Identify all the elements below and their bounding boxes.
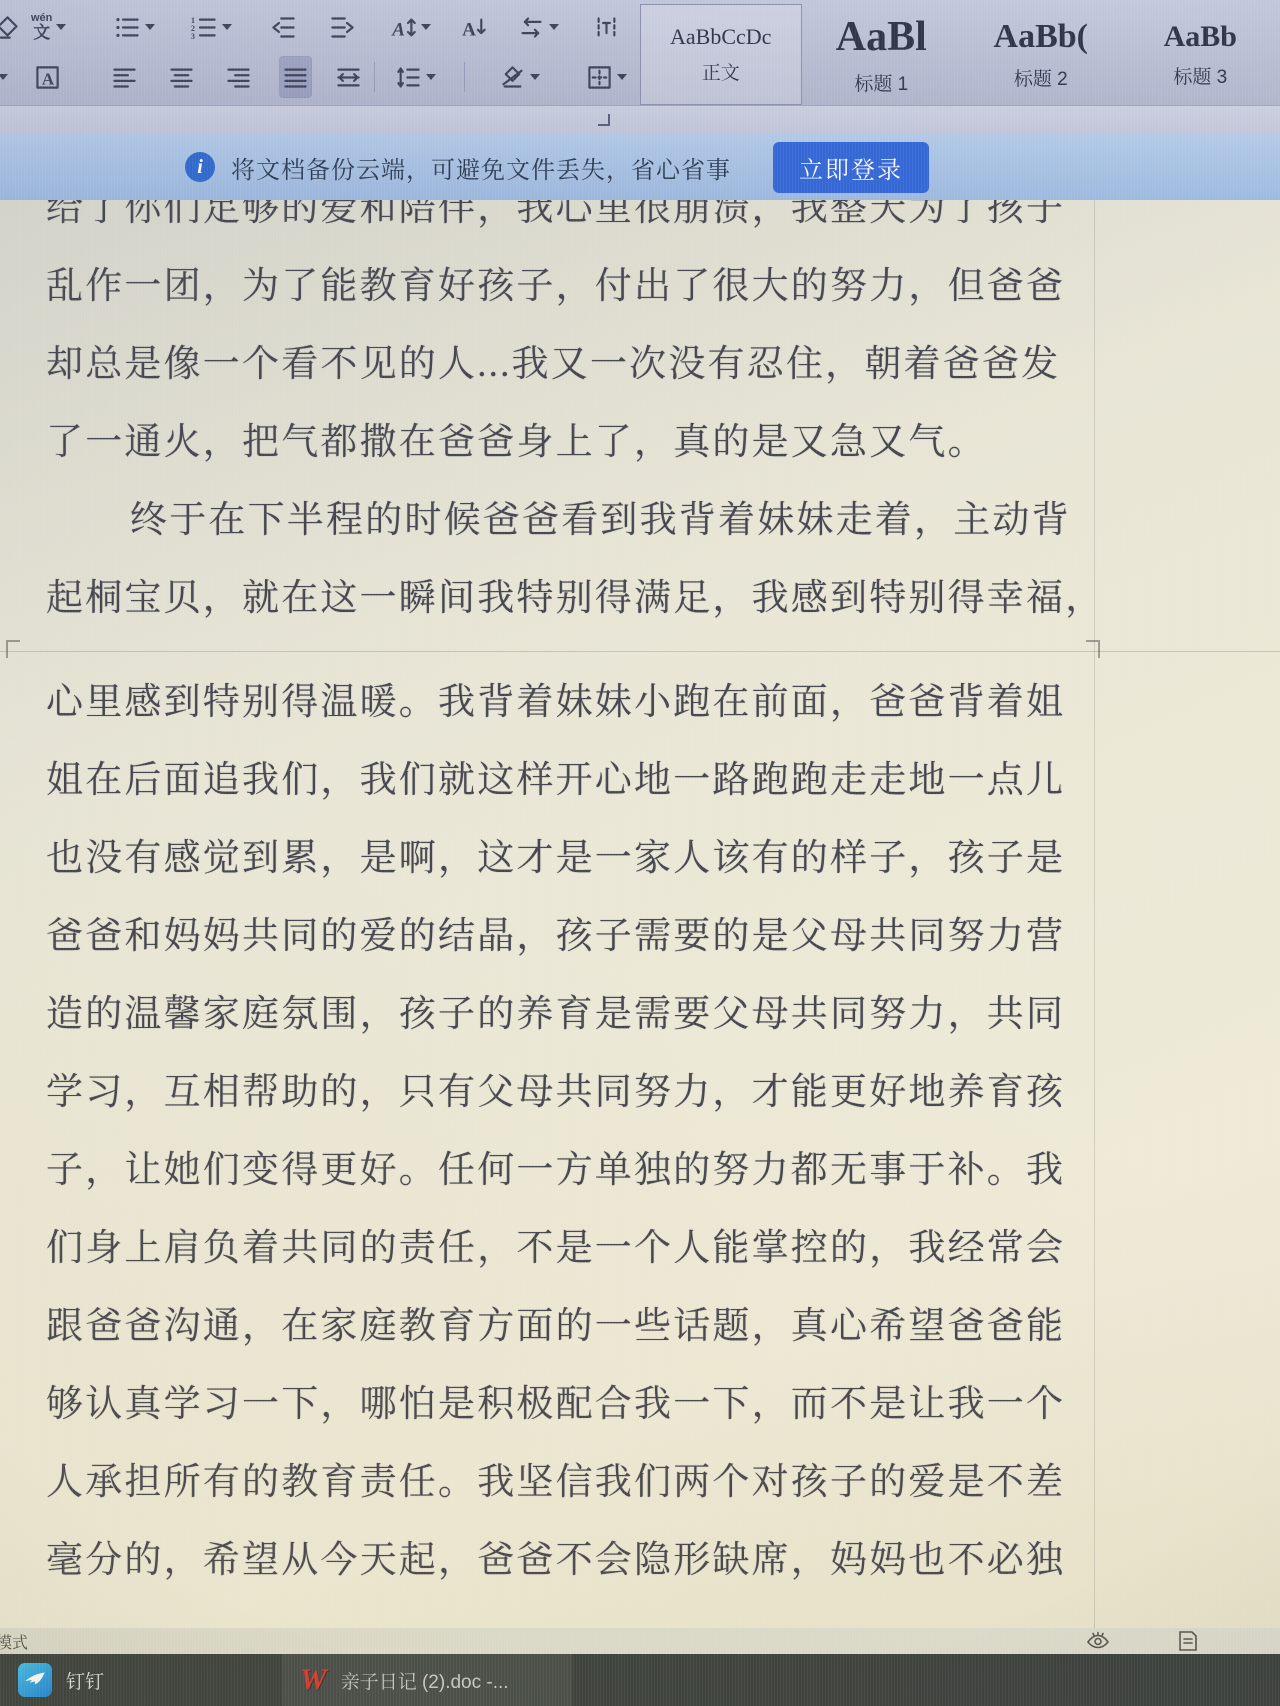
chevron-down-icon: [222, 24, 232, 30]
toolbar-divider: [374, 62, 375, 92]
justify-button[interactable]: [280, 57, 311, 97]
margin-tick: [598, 114, 610, 126]
style-label: 正文: [702, 58, 740, 85]
ribbon-toolbar: wén文 123: [0, 0, 1280, 106]
increase-indent-button[interactable]: [327, 7, 358, 47]
bullet-list-icon: [114, 14, 141, 41]
style-heading-2[interactable]: AaBb( 标题 2: [961, 4, 1121, 105]
chevron-down-icon: [426, 74, 436, 80]
page-corner-mark-left: [6, 640, 20, 658]
increase-indent-icon: [329, 14, 356, 41]
style-preview: AaBbCcDc: [670, 24, 771, 50]
doc-line: 子，让她们变得更好。任何一方单独的努力都无事于补。我: [46, 1132, 1086, 1210]
doc-line: 学习，互相帮助的，只有父母共同努力，才能更好地养育孩: [46, 1054, 1086, 1132]
bullet-list-button[interactable]: [112, 7, 159, 47]
paragraph-group: wén文 123: [0, 0, 640, 105]
align-center-button[interactable]: [166, 57, 197, 97]
style-label: 标题 1: [854, 69, 908, 96]
justify-icon: [282, 64, 309, 91]
phonetic-guide-button[interactable]: wén文: [29, 7, 70, 47]
numbered-list-icon: 123: [191, 14, 218, 41]
banner-message: 将文档备份云端，可避免文件丢失，省心省事: [231, 150, 731, 185]
decrease-indent-button[interactable]: [268, 7, 299, 47]
doc-line: 了一通火，把气都撒在爸爸身上了，真的是又急又气。: [46, 404, 1086, 482]
page-view-icon[interactable]: [1176, 1629, 1200, 1653]
align-right-button[interactable]: [223, 57, 254, 97]
borders-icon: [586, 64, 613, 91]
show-marks-icon: [593, 14, 620, 41]
shading-icon: [499, 64, 526, 91]
doc-line: 也没有感觉到累，是啊，这才是一家人该有的样子，孩子是: [46, 820, 1086, 898]
phonetic-guide-icon: wén文: [31, 13, 52, 41]
numbered-list-button[interactable]: 123: [189, 7, 236, 47]
text-effect-icon: A: [390, 14, 417, 41]
style-preview: AaBl: [836, 13, 927, 61]
style-heading-3[interactable]: AaBb 标题 3: [1121, 4, 1280, 105]
character-border-icon: A: [34, 64, 61, 91]
login-now-button[interactable]: 立即登录: [773, 142, 929, 193]
chevron-down-icon: [530, 74, 540, 80]
doc-line: 姐在后面追我们，我们就这样开心地一路跑跑走走地一点儿: [46, 742, 1086, 820]
line-spacing-button[interactable]: [393, 57, 440, 97]
doc-line: 跟爸爸沟通，在家庭教育方面的一些话题，真心希望爸爸能: [46, 1288, 1086, 1366]
clear-format-icon[interactable]: [0, 7, 23, 47]
cloud-backup-banner: i 将文档备份云端，可避免文件丢失，省心省事 立即登录: [0, 134, 1280, 200]
chevron-down-icon: [549, 24, 559, 30]
info-icon: i: [185, 152, 215, 182]
line-spacing-icon: [395, 64, 422, 91]
align-right-icon: [225, 64, 252, 91]
style-label: 标题 3: [1173, 62, 1227, 89]
svg-text:A: A: [463, 19, 477, 40]
chevron-down-icon: [0, 74, 8, 80]
style-gallery: AaBbCcDc 正文 AaBl 标题 1 AaBb( 标题 2 AaBb 标题…: [640, 0, 1280, 105]
chevron-down-icon: [145, 24, 155, 30]
doc-line: 够认真学习一下，哪怕是积极配合我一下，而不是让我一个: [46, 1366, 1086, 1444]
ribbon-bottom-strip: [0, 106, 1280, 134]
taskbar-item-label: 亲子日记 (2).doc -...: [341, 1667, 509, 1694]
page-break: [46, 638, 1280, 664]
decrease-indent-icon: [270, 14, 297, 41]
show-marks-button[interactable]: [591, 7, 622, 47]
svg-text:A: A: [392, 19, 406, 40]
svg-text:A: A: [42, 69, 55, 88]
distributed-icon: [335, 64, 362, 91]
taskbar: 钉钉 W 亲子日记 (2).doc -...: [0, 1654, 1280, 1706]
align-left-button[interactable]: [109, 57, 140, 97]
chevron-down-icon: [617, 74, 627, 80]
doc-line: 爸爸和妈妈共同的爱的结晶，孩子需要的是父母共同努力营: [46, 898, 1086, 976]
style-heading-1[interactable]: AaBl 标题 1: [802, 4, 962, 105]
doc-line: 起桐宝贝，就在这一瞬间我特别得满足，我感到特别得幸福，: [46, 560, 1086, 638]
doc-line: 造的温馨家庭氛围，孩子的养育是需要父母共同努力，共同: [46, 976, 1086, 1054]
taskbar-item-label: 钉钉: [66, 1667, 104, 1694]
character-border-button[interactable]: A: [32, 57, 63, 97]
doc-line: 乱作一团，为了能教育好孩子，付出了很大的努力，但爸爸: [46, 248, 1086, 326]
text-effect-button[interactable]: A: [388, 7, 435, 47]
ribbon-row-2: A: [0, 52, 640, 102]
shading-button[interactable]: [497, 57, 544, 97]
more-options-button[interactable]: [0, 57, 12, 97]
status-bar: 模式: [0, 1628, 1280, 1654]
doc-line: 毫分的，希望从今天起，爸爸不会隐形缺席，妈妈也不必独: [46, 1522, 1086, 1600]
ribbon-row-1: wén文 123: [0, 2, 640, 52]
taskbar-item-wps-document[interactable]: W 亲子日记 (2).doc -...: [282, 1654, 572, 1706]
distributed-button[interactable]: [333, 57, 364, 97]
doc-line: 们身上肩负着共同的责任，不是一个人能掌控的，我经常会: [46, 1210, 1086, 1288]
style-preview: AaBb: [1164, 20, 1237, 54]
page-corner-mark-right: [1086, 640, 1100, 658]
text-direction-button[interactable]: [516, 7, 563, 47]
style-label: 标题 2: [1014, 64, 1068, 91]
sort-icon: A: [461, 14, 488, 41]
doc-line: 人承担所有的教育责任。我坚信我们两个对孩子的爱是不差: [46, 1444, 1086, 1522]
doc-line: 却总是像一个看不见的人...我又一次没有忍住，朝着爸爸发: [46, 326, 1086, 404]
sort-button[interactable]: A: [459, 7, 490, 47]
wps-writer-icon: W: [300, 1665, 327, 1695]
chevron-down-icon: [56, 24, 66, 30]
status-icons: [1086, 1629, 1200, 1653]
borders-button[interactable]: [584, 57, 631, 97]
eye-protection-icon[interactable]: [1086, 1629, 1110, 1653]
view-mode-label: 模式: [0, 1630, 28, 1653]
text-direction-icon: [518, 14, 545, 41]
align-center-icon: [168, 64, 195, 91]
toolbar-divider: [464, 62, 465, 92]
svg-text:3: 3: [191, 31, 195, 40]
align-left-icon: [111, 64, 138, 91]
taskbar-item-dingtalk[interactable]: 钉钉: [0, 1654, 122, 1706]
doc-line: 心里感到特别得温暖。我背着妹妹小跑在前面，爸爸背着姐: [46, 664, 1086, 742]
style-normal[interactable]: AaBbCcDc 正文: [640, 4, 802, 105]
chevron-down-icon: [421, 24, 431, 30]
doc-line: 终于在下半程的时候爸爸看到我背着妹妹走着，主动背: [46, 482, 1086, 560]
dingtalk-icon: [18, 1663, 52, 1697]
style-preview: AaBb(: [994, 18, 1088, 56]
document-edit-area[interactable]: 给了你们足够的爱和陪伴，我心里很崩溃，我整天为了孩子 乱作一团，为了能教育好孩子…: [0, 200, 1280, 1628]
doc-line: 给了你们足够的爱和陪伴，我心里很崩溃，我整天为了孩子: [46, 200, 1086, 248]
